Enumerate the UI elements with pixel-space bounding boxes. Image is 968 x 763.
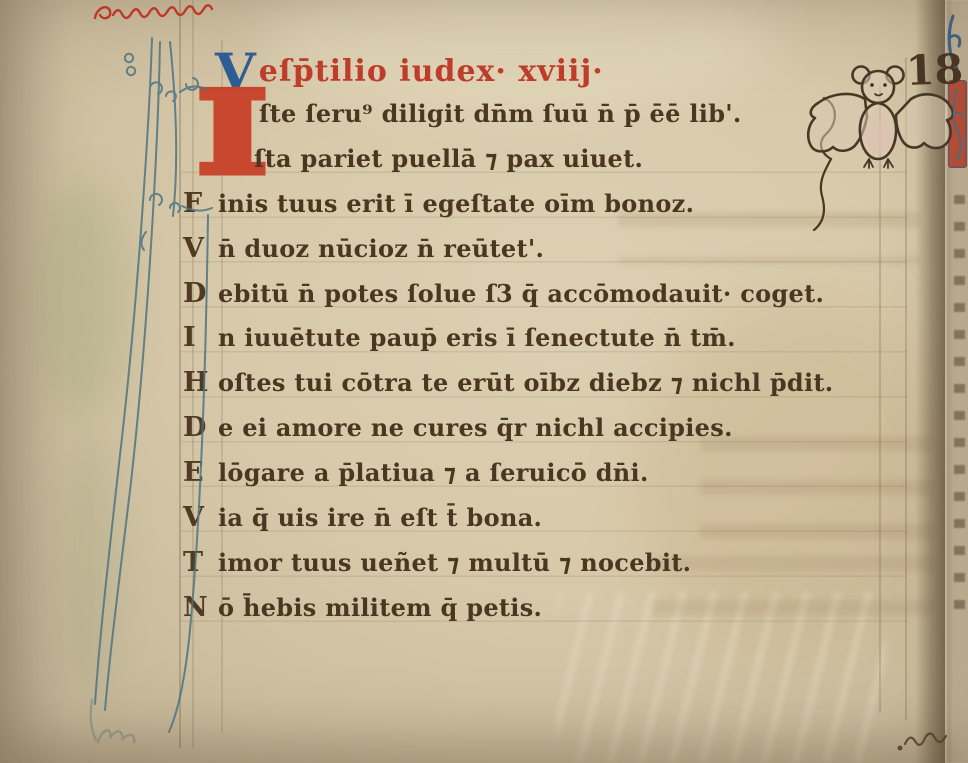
bat-eye bbox=[870, 83, 874, 87]
verse-line: F inis tuus erit ī egeſtate oīm bonoz. bbox=[183, 187, 923, 232]
ruling-line-vertical bbox=[179, 0, 181, 748]
verse-text: ō h̄ebis militem q̄ petis. bbox=[218, 591, 542, 624]
rubric-initial-letter: V bbox=[215, 50, 256, 94]
verse-initial: V bbox=[183, 232, 218, 266]
bat-belly bbox=[866, 121, 890, 153]
verse-text: lōgare a p̄latiua ⁊ a ſeruicō dn̄i. bbox=[218, 456, 649, 489]
verse-text: n̄ duoz nūcioz n̄ reūtet'. bbox=[218, 232, 544, 265]
verse-line: V ia q̄ uis ire n̄ eſt t̄ bona. bbox=[183, 501, 923, 546]
rubric-title: eſp̄tilio iudex· xviij· bbox=[259, 50, 604, 94]
verse-text: imor tuus ueñet ⁊ multū ⁊ nocebit. bbox=[218, 546, 691, 579]
verse-text: ſta pariet puellā ⁊ pax uiuet. bbox=[218, 142, 643, 175]
bat-right-foot bbox=[884, 159, 893, 168]
verse-text: ia q̄ uis ire n̄ eſt t̄ bona. bbox=[218, 501, 542, 534]
verse-text: ſte ſeru⁹ diligit dn̄m ſuū n̄ p̄ ēē lib'… bbox=[218, 97, 742, 130]
verse-line: D e ei amore ne cures q̄r nichl accipies… bbox=[183, 411, 923, 456]
verse-text: n iuuētute paup̄ eris ī ſenectute n̄ tm̄… bbox=[218, 321, 736, 354]
verse-line: V n̄ duoz nūcioz n̄ reūtet'. bbox=[183, 232, 923, 277]
verse-initial: I bbox=[183, 321, 218, 355]
verse-initial: F bbox=[183, 187, 218, 221]
verse-initial: T bbox=[183, 546, 218, 580]
verse-text: oſtes tui cōtra te erūt oībz diebz ⁊ nic… bbox=[218, 366, 833, 399]
verse-text: e ei amore ne cures q̄r nichl accipies. bbox=[218, 411, 733, 444]
facing-text-fragments bbox=[954, 195, 965, 625]
faint-blue-scribble bbox=[91, 700, 135, 742]
brown-pen-squiggle bbox=[899, 734, 946, 750]
verse-initial: D bbox=[183, 411, 218, 445]
folio-number: 18 bbox=[905, 45, 964, 95]
verse-line: I n iuuētute paup̄ eris ī ſenectute n̄ t… bbox=[183, 321, 923, 366]
verse-initial: N bbox=[183, 591, 218, 625]
bat-eye bbox=[883, 83, 887, 87]
bat-right-wing bbox=[896, 94, 953, 148]
verse-initial: D bbox=[183, 277, 218, 311]
bat-left-wing bbox=[808, 94, 867, 151]
verse-line: E lōgare a p̄latiua ⁊ a ſeruicō dn̄i. bbox=[183, 456, 923, 501]
verse-initial: E bbox=[183, 456, 218, 490]
text-block: ſte ſeru⁹ diligit dn̄m ſuū n̄ p̄ ēē lib'… bbox=[183, 97, 923, 636]
parchment-edge-shading bbox=[0, 0, 70, 763]
verse-text: inis tuus erit ī egeſtate oīm bonoz. bbox=[218, 187, 694, 220]
verse-line: D ebitū n̄ potes ſolue ſ3 q̄ accōmodauit… bbox=[183, 277, 923, 322]
verse-initial: H bbox=[183, 366, 218, 400]
verse-initial: V bbox=[183, 501, 218, 535]
verse-text: ebitū n̄ potes ſolue ſ3 q̄ accōmodauit· … bbox=[218, 277, 824, 310]
parchment-stain bbox=[38, 180, 128, 420]
parchment-stain bbox=[60, 430, 120, 690]
bat-head bbox=[862, 71, 894, 103]
manuscript-page: V eſp̄tilio iudex· xviij· I 18 bbox=[0, 0, 968, 763]
rubric-heading: V eſp̄tilio iudex· xviij· bbox=[216, 50, 604, 94]
red-pen-squiggle bbox=[95, 5, 212, 18]
verse-line: N ō h̄ebis militem q̄ petis. bbox=[183, 591, 923, 636]
bat-left-foot bbox=[864, 159, 873, 168]
verse-line: T imor tuus ueñet ⁊ multū ⁊ nocebit. bbox=[183, 546, 923, 591]
verse-line: H oſtes tui cōtra te erūt oībz diebz ⁊ n… bbox=[183, 366, 923, 411]
